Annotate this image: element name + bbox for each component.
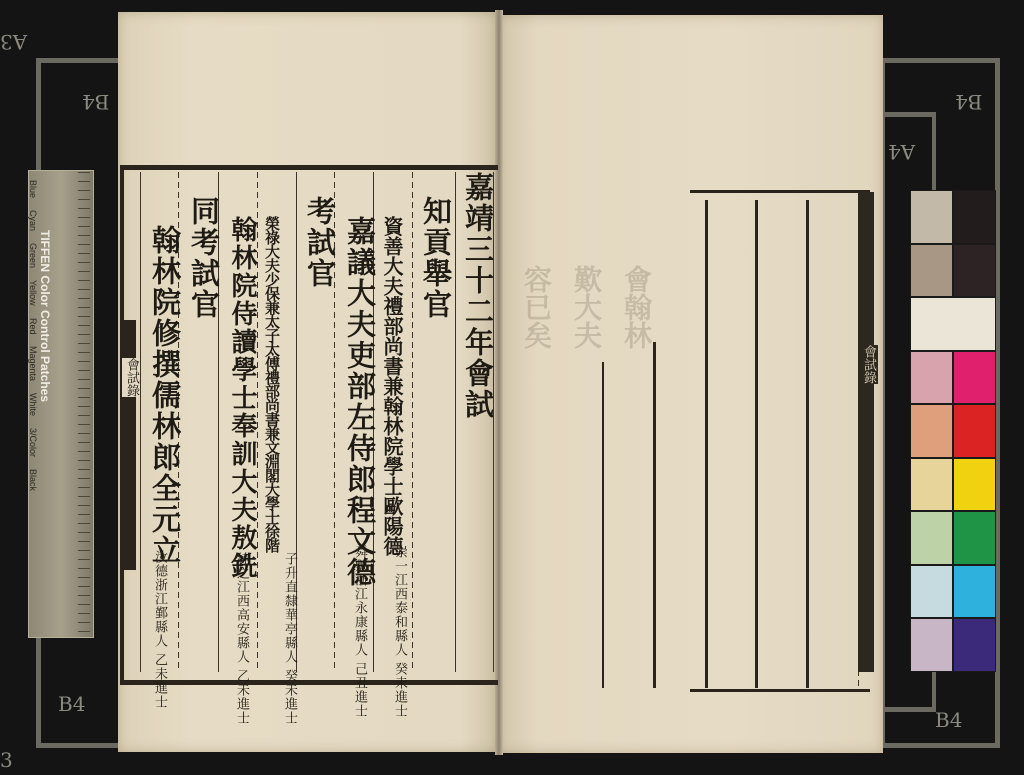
heading-examiner: 考試官: [300, 196, 341, 289]
column-rule: [653, 342, 656, 688]
column-rule: [140, 172, 141, 672]
note-quan-yuanli: 汝德浙江鄞縣人 乙未進士: [150, 550, 169, 709]
margin-label-right: 會試錄: [859, 345, 878, 384]
column-rule: [412, 172, 413, 672]
patch-mid-gray: [910, 244, 953, 298]
patch-yellow: [953, 458, 996, 512]
official-ouyang-de: 資善大夫禮部尚書兼翰林院學士歐陽德: [378, 216, 407, 556]
patch-pale-blue: [910, 618, 953, 672]
patch-white: [910, 297, 996, 351]
ruler-scale: [78, 172, 90, 634]
patch-blue: [953, 618, 996, 672]
patch-green: [953, 511, 996, 565]
patch-red: [953, 404, 996, 458]
margin-label-left: 會試錄: [122, 358, 141, 397]
official-ao-xian: 翰林院侍讀學士奉訓大夫敖銑: [224, 216, 261, 580]
patch-pale-magenta: [910, 351, 953, 405]
official-quan-yuanli: 翰林院修撰儒林郎全元立: [145, 225, 186, 566]
mat-label-b4-bottom-right: B4: [935, 708, 962, 732]
column-rule: [602, 362, 604, 688]
patch-pale-yellow: [910, 458, 953, 512]
official-xu-jie: 榮祿大夫少保兼太子太傅禮部尚書兼文淵閣大學士徐階: [262, 216, 283, 552]
mat-label-b4-top-right: B4: [955, 90, 982, 114]
heading-associate-examiner: 同考試官: [184, 196, 225, 320]
patch-magenta: [953, 351, 996, 405]
mat-label-a4: A4: [888, 140, 915, 164]
patch-black: [953, 190, 996, 244]
color-patch-chart: [910, 190, 996, 672]
patch-pale-red: [910, 404, 953, 458]
official-cheng-wende: 嘉議大夫吏部左侍郎程文德: [340, 216, 381, 588]
patch-light-gray: [910, 190, 953, 244]
note-cheng-wende: 舜敷浙江永康縣人 己丑進士: [350, 545, 369, 718]
bleed-through-text: 容已矣: [516, 265, 556, 349]
right-page-border: [690, 190, 870, 692]
mat-label-3: 3: [0, 748, 13, 772]
tiffen-color-labels: Blue Cyan Green Yellow Red Magenta White…: [28, 180, 38, 491]
note-ouyang-de: 崇一江西泰和縣人 癸未進士: [390, 545, 409, 718]
patch-cyan: [953, 565, 996, 619]
bleed-through-text: 會翰林: [616, 265, 656, 349]
column-rule: [705, 200, 708, 688]
note-xu-jie: 子升直隸華亭縣人 癸未進士: [280, 552, 299, 725]
fishtail-block-right: [858, 192, 874, 672]
heading-chief-examiner: 知貢舉官: [416, 196, 457, 320]
patch-pale-cyan: [910, 565, 953, 619]
tiffen-title: TIFFEN Color Control Patches: [38, 230, 52, 402]
mat-label-b4-bottom-left: B4: [58, 692, 85, 716]
bleed-through-text: 歎大夫: [566, 265, 606, 349]
mat-label-b4-top-left: B4: [82, 90, 109, 114]
patch-pale-green: [910, 511, 953, 565]
patch-dark: [953, 244, 996, 298]
column-rule: [806, 200, 809, 688]
note-ao-xian: 純之江西高安縣人 乙未進士: [232, 552, 251, 725]
column-rule: [755, 200, 758, 688]
title-column: 嘉靖三十二年會試: [458, 172, 499, 420]
mat-label-a3: A3: [0, 30, 27, 54]
